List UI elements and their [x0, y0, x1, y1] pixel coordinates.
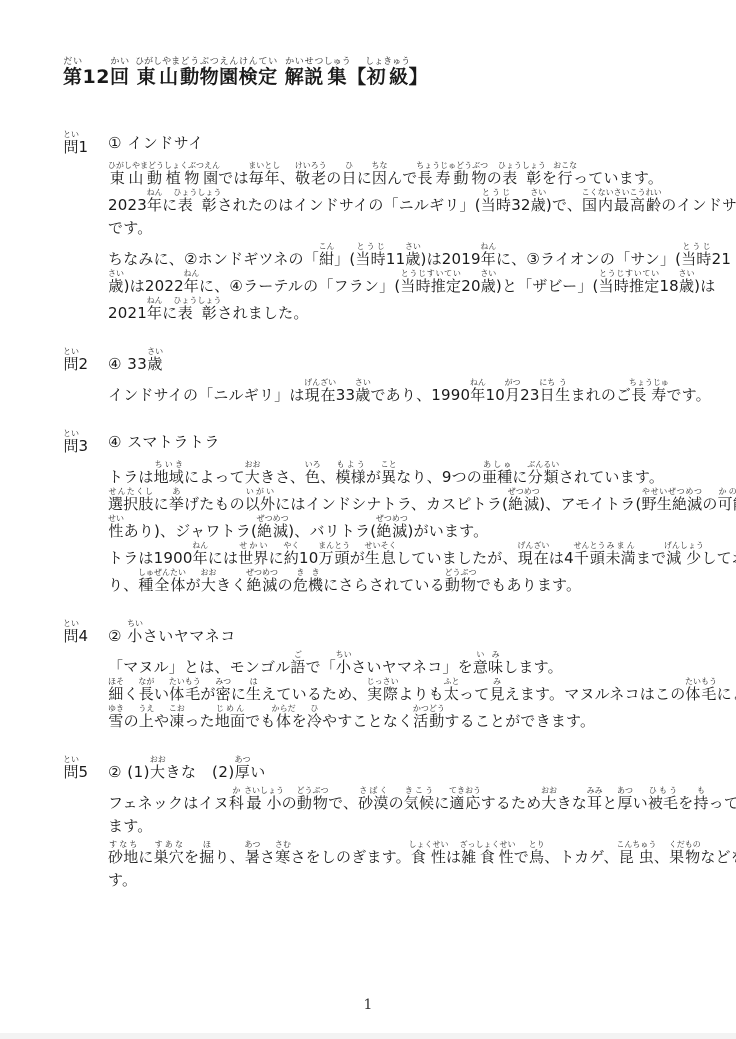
ruby-annotated-text: 性せい: [108, 522, 124, 540]
ruby-annotated-text: 意味いみ: [473, 658, 503, 676]
ruby-annotated-text: 危機きき: [293, 576, 323, 594]
ruby-annotated-text: 約やく: [284, 549, 299, 567]
ruby-annotated-text: 耳みみ: [587, 794, 602, 812]
ruby-annotated-text: 日ひ: [341, 169, 356, 187]
ruby-annotated-text: 年ねん: [481, 250, 496, 268]
body-line: す。: [108, 867, 706, 894]
ruby-annotated-text: 年ねん: [147, 304, 162, 322]
question-content: ④ 33歳さいインドサイの「ニルギリ」は現在げんざい33歳さいであり、1990年…: [108, 347, 706, 405]
ruby-annotated-text: 歳さい: [147, 355, 163, 373]
ruby-annotated-text: 以外いがい: [245, 495, 275, 513]
ruby-annotated-text: 生息せいそく: [365, 549, 396, 567]
document-content: 第だい12回かい 東山ひがしやま動物園どうぶつえん検定けんてい 解説かいせつ集し…: [0, 0, 736, 894]
ruby-annotated-text: 上うえ: [139, 712, 154, 730]
ruby-annotated-text: 厚あつ: [235, 763, 251, 781]
ruby-annotated-text: 可能かのう: [718, 495, 736, 513]
page-bottom-edge: [0, 1033, 736, 1039]
question-block-3: 問とい3④ スマトラトラトラは地域ちいきによって大おおきさ、色いろ、模様もようが…: [63, 429, 706, 595]
ruby-annotated-text: 表彰ひょうしょう: [502, 169, 542, 187]
ruby-annotated-text: 初級しょきゅう: [367, 66, 409, 88]
ruby-annotated-text: 絶滅ぜつめつ: [257, 522, 288, 540]
ruby-annotated-text: 厚あつ: [617, 794, 632, 812]
question-block-4: 問とい4② 小ちいさいヤマネコ「マヌル」とは、モンゴル語ごで「小ちいさいヤマネコ…: [63, 619, 706, 731]
ruby-annotated-text: 実際じっさい: [367, 685, 398, 703]
ruby-annotated-text: 雑食性ざっしょくせい: [461, 848, 514, 866]
answer-line: ① インドサイ: [108, 130, 706, 157]
ruby-annotated-text: 長寿動物ちょうじゅどうぶつ: [418, 169, 487, 187]
explanation-body: インドサイの「ニルギリ」は現在げんざい33歳さいであり、1990年ねん10月がつ…: [108, 378, 706, 405]
body-line: インドサイの「ニルギリ」は現在げんざい33歳さいであり、1990年ねん10月がつ…: [108, 378, 706, 405]
ruby-annotated-text: 生は: [246, 685, 261, 703]
ruby-annotated-text: 因ちな: [372, 169, 387, 187]
ruby-annotated-text: 体毛たいもう: [169, 685, 200, 703]
ruby-annotated-text: 野生絶滅やせいぜつめつ: [642, 495, 703, 513]
question-label: 問とい1: [63, 130, 108, 157]
ruby-annotated-text: 持も: [693, 794, 708, 812]
question-content: ① インドサイ東山動植物園ひがしやまどうしょくぶつえんでは毎年まいとし、敬老けい…: [108, 130, 706, 323]
ruby-annotated-text: 東山ひがしやま: [137, 66, 181, 88]
body-line: フェネックはイヌ科か最小さいしょうの動物どうぶつで、砂漠さばくの気候きこうに適応…: [108, 786, 706, 813]
ruby-annotated-text: 見み: [489, 685, 504, 703]
ruby-annotated-text: 年ねん: [184, 277, 199, 295]
ruby-annotated-text: 太ふと: [444, 685, 459, 703]
body-line: 2023年ねんに表彰ひょうしょうされたのはインドサイの「ニルギリ」(当時とうじ3…: [108, 188, 706, 215]
ruby-annotated-text: 長なが: [139, 685, 154, 703]
ruby-annotated-text: 凍こお: [169, 712, 184, 730]
ruby-annotated-text: 表彰ひょうしょう: [177, 196, 217, 214]
ruby-annotated-text: 地域ちいき: [154, 468, 184, 486]
body-line: 砂地すなちに巣穴すあなを掘ほり、暑あつさ寒さむさをしのぎます。食性しょくせいは雑…: [108, 840, 706, 867]
ruby-annotated-text: 被毛ひもう: [648, 794, 678, 812]
ruby-annotated-text: 適応てきおう: [449, 794, 480, 812]
question-content: ② 小ちいさいヤマネコ「マヌル」とは、モンゴル語ごで「小ちいさいヤマネコ」を意味…: [108, 619, 706, 731]
ruby-annotated-text: 絶滅ぜつめつ: [246, 576, 277, 594]
body-line: 細ほそく長ながい体毛たいもうが密みつに生はえているため、実際じっさいよりも太ふと…: [108, 677, 706, 704]
ruby-annotated-text: 暑あつ: [245, 848, 260, 866]
question-block-2: 問とい2④ 33歳さいインドサイの「ニルギリ」は現在げんざい33歳さいであり、1…: [63, 347, 706, 405]
ruby-annotated-text: 歳さい: [405, 250, 420, 268]
explanation-body: フェネックはイヌ科か最小さいしょうの動物どうぶつで、砂漠さばくの気候きこうに適応…: [108, 786, 706, 894]
body-line: ちなみに、②ホンドギツネの「紺こん」(当時とうじ11歳さい)は2019年ねんに、…: [108, 242, 706, 269]
ruby-annotated-text: 歳さい: [481, 277, 496, 295]
ruby-annotated-text: 異こと: [381, 468, 396, 486]
ruby-annotated-text: 年ねん: [147, 196, 162, 214]
ruby-annotated-text: 鳥とり: [529, 848, 544, 866]
ruby-annotated-text: 当時とうじ: [681, 250, 711, 268]
ruby-annotated-text: 分類ぶんるい: [528, 468, 559, 486]
ruby-annotated-text: 巣穴すあな: [154, 848, 184, 866]
ruby-annotated-text: 千頭せんとう: [574, 549, 606, 567]
body-line: トラは1900年ねんには世界せかいに約やく10万頭まんとうが生息せいそくしていま…: [108, 541, 706, 568]
question-label: 問とい5: [63, 755, 108, 782]
body-line: ます。: [108, 813, 706, 840]
ruby-annotated-text: 大おお: [541, 794, 556, 812]
ruby-annotated-text: 世界せかい: [238, 549, 268, 567]
ruby-annotated-text: 歳さい: [108, 277, 124, 295]
ruby-annotated-text: 東山動植物園ひがしやまどうしょくぶつえん: [108, 169, 218, 187]
ruby-annotated-text: 寒さむ: [275, 848, 290, 866]
ruby-annotated-text: 生う: [555, 386, 570, 404]
ruby-annotated-text: 色いろ: [305, 468, 320, 486]
ruby-annotated-text: 未満みまん: [605, 549, 635, 567]
body-line: 東山動植物園ひがしやまどうしょくぶつえんでは毎年まいとし、敬老けいろうの日ひに因…: [108, 161, 706, 188]
body-line: です。: [108, 215, 706, 242]
ruby-annotated-text: 解説かいせつ: [285, 66, 324, 88]
ruby-annotated-text: 敬老けいろう: [295, 169, 326, 187]
ruby-annotated-text: 科か: [229, 794, 244, 812]
ruby-annotated-text: 動物どうぶつ: [445, 576, 476, 594]
ruby-annotated-text: 国内最高齢こくないさいこうれい: [582, 196, 661, 214]
question-label: 問とい3: [63, 429, 108, 456]
ruby-annotated-text: 砂地すなち: [108, 848, 138, 866]
question-content: ② (1)大おおきな (2)厚あついフェネックはイヌ科か最小さいしょうの動物どう…: [108, 755, 706, 894]
ruby-annotated-text: 現在げんざい: [305, 386, 336, 404]
ruby-annotated-text: 問とい: [63, 437, 79, 455]
ruby-annotated-text: 問とい: [63, 138, 79, 156]
ruby-annotated-text: 大おお: [245, 468, 260, 486]
document-page: 第だい12回かい 東山ひがしやま動物園どうぶつえん検定けんてい 解説かいせつ集し…: [0, 0, 736, 1039]
body-line: 「マヌル」とは、モンゴル語ごで「小ちいさいヤマネコ」を意味いみします。: [108, 650, 706, 677]
ruby-annotated-text: 当時推定とうじすいてい: [400, 277, 461, 295]
ruby-annotated-text: 減少げんしょう: [666, 549, 701, 567]
ruby-annotated-text: 密みつ: [216, 685, 231, 703]
ruby-annotated-text: 歳さい: [679, 277, 694, 295]
body-line: 2021年ねんに表彰ひょうしょうされました。: [108, 296, 706, 323]
ruby-annotated-text: 当時推定とうじすいてい: [599, 277, 660, 295]
answer-line: ④ 33歳さい: [108, 347, 706, 374]
question-block-1: 問とい1① インドサイ東山動植物園ひがしやまどうしょくぶつえんでは毎年まいとし、…: [63, 130, 706, 323]
ruby-annotated-text: 地面じめん: [215, 712, 245, 730]
body-line: 選択肢せんたくしに挙あげたもの以外いがいにはインドシナトラ、カスピトラ(絶滅ぜつ…: [108, 487, 706, 514]
ruby-annotated-text: 大おお: [150, 763, 166, 781]
ruby-annotated-text: 問とい: [63, 355, 79, 373]
ruby-annotated-text: 雪ゆき: [108, 712, 124, 730]
ruby-annotated-text: 年ねん: [193, 549, 208, 567]
ruby-annotated-text: 小ちい: [127, 627, 143, 645]
ruby-annotated-text: 細ほそ: [108, 685, 124, 703]
ruby-annotated-text: 体毛たいもう: [685, 685, 716, 703]
ruby-annotated-text: 長寿ちょうじゅ: [631, 386, 666, 404]
ruby-annotated-text: 問とい: [63, 763, 79, 781]
ruby-annotated-text: 現在げんざい: [518, 549, 549, 567]
answer-line: ② (1)大おおきな (2)厚あつい: [108, 755, 706, 782]
ruby-annotated-text: 亜種あしゅ: [482, 468, 512, 486]
body-line: 雪ゆきの上うえや凍こおった地面じめんでも体からだを冷ひやすことなく活動かつどうす…: [108, 704, 706, 731]
ruby-annotated-text: 行おこな: [557, 169, 573, 187]
ruby-annotated-text: 年ねん: [470, 386, 485, 404]
ruby-annotated-text: 毎年まいとし: [249, 169, 280, 187]
ruby-annotated-text: 活動かつどう: [413, 712, 444, 730]
ruby-annotated-text: 大おお: [201, 576, 216, 594]
page-title: 第だい12回かい 東山ひがしやま動物園どうぶつえん検定けんてい 解説かいせつ集し…: [63, 0, 706, 94]
ruby-annotated-text: 最小さいしょう: [244, 794, 282, 812]
ruby-annotated-text: 小ちい: [336, 658, 351, 676]
explanation-body: 「マヌル」とは、モンゴル語ごで「小ちいさいヤマネコ」を意味いみします。細ほそく長…: [108, 650, 706, 731]
explanation-body: 東山動植物園ひがしやまどうしょくぶつえんでは毎年まいとし、敬老けいろうの日ひに因…: [108, 161, 706, 323]
ruby-annotated-text: 冷ひ: [307, 712, 322, 730]
ruby-annotated-text: 問とい: [63, 627, 79, 645]
question-label: 問とい2: [63, 347, 108, 374]
ruby-annotated-text: 選択肢せんたくし: [108, 495, 154, 513]
ruby-annotated-text: 掘ほ: [199, 848, 214, 866]
ruby-annotated-text: 挙あ: [169, 495, 184, 513]
page-number: 1: [0, 997, 736, 1013]
ruby-annotated-text: 砂漠さばく: [358, 794, 388, 812]
ruby-annotated-text: 表彰ひょうしょう: [177, 304, 217, 322]
question-block-5: 問とい5② (1)大おおきな (2)厚あついフェネックはイヌ科か最小さいしょうの…: [63, 755, 706, 894]
ruby-annotated-text: 気候きこう: [404, 794, 434, 812]
ruby-annotated-text: 歳さい: [531, 196, 546, 214]
ruby-annotated-text: 体からだ: [276, 712, 292, 730]
ruby-annotated-text: 当時とうじ: [355, 250, 385, 268]
body-line: トラは地域ちいきによって大おおきさ、色いろ、模様もようが異ことなり、9つの亜種あ…: [108, 460, 706, 487]
ruby-annotated-text: 動物どうぶつ: [297, 794, 328, 812]
question-label: 問とい4: [63, 619, 108, 646]
ruby-annotated-text: 歳さい: [355, 386, 370, 404]
ruby-annotated-text: 絶滅ぜつめつ: [508, 495, 539, 513]
ruby-annotated-text: 果物くだもの: [669, 848, 700, 866]
questions-container: 問とい1① インドサイ東山動植物園ひがしやまどうしょくぶつえんでは毎年まいとし、…: [63, 130, 706, 894]
question-content: ④ スマトラトラトラは地域ちいきによって大おおきさ、色いろ、模様もようが異ことな…: [108, 429, 706, 595]
ruby-annotated-text: 食性しょくせい: [411, 848, 446, 866]
ruby-annotated-text: 検定けんてい: [239, 66, 278, 88]
ruby-annotated-text: 当時とうじ: [481, 196, 511, 214]
explanation-body: トラは地域ちいきによって大おおきさ、色いろ、模様もようが異ことなり、9つの亜種あ…: [108, 460, 706, 595]
ruby-annotated-text: 模様もよう: [335, 468, 365, 486]
ruby-annotated-text: 日にち: [540, 386, 556, 404]
ruby-annotated-text: 紺こん: [319, 250, 334, 268]
answer-line: ② 小ちいさいヤマネコ: [108, 619, 706, 646]
body-line: 歳さい)は2022年ねんに、④ラーテルの「フラン」(当時推定とうじすいてい20歳…: [108, 269, 706, 296]
answer-line: ④ スマトラトラ: [108, 429, 706, 456]
ruby-annotated-text: 語ご: [290, 658, 305, 676]
body-line: 性せいあり)、ジャワトラ(絶滅ぜつめつ)、バリトラ(絶滅ぜつめつ)がいます。: [108, 514, 706, 541]
ruby-annotated-text: 動物園どうぶつえん: [180, 66, 239, 88]
ruby-annotated-text: 万頭まんとう: [319, 549, 350, 567]
ruby-annotated-text: 絶滅ぜつめつ: [376, 522, 407, 540]
body-line: り、種全体しゅぜんたいが大おおきく絶滅ぜつめつの危機ききにさらされている動物どう…: [108, 568, 706, 595]
ruby-annotated-text: 回かい: [110, 66, 130, 88]
ruby-annotated-text: 種全体しゅぜんたい: [138, 576, 185, 594]
ruby-annotated-text: 昆虫こんちゅう: [619, 848, 654, 866]
ruby-annotated-text: 第だい: [63, 66, 83, 88]
ruby-annotated-text: 月がつ: [505, 386, 520, 404]
ruby-annotated-text: 集しゅう: [324, 66, 347, 88]
